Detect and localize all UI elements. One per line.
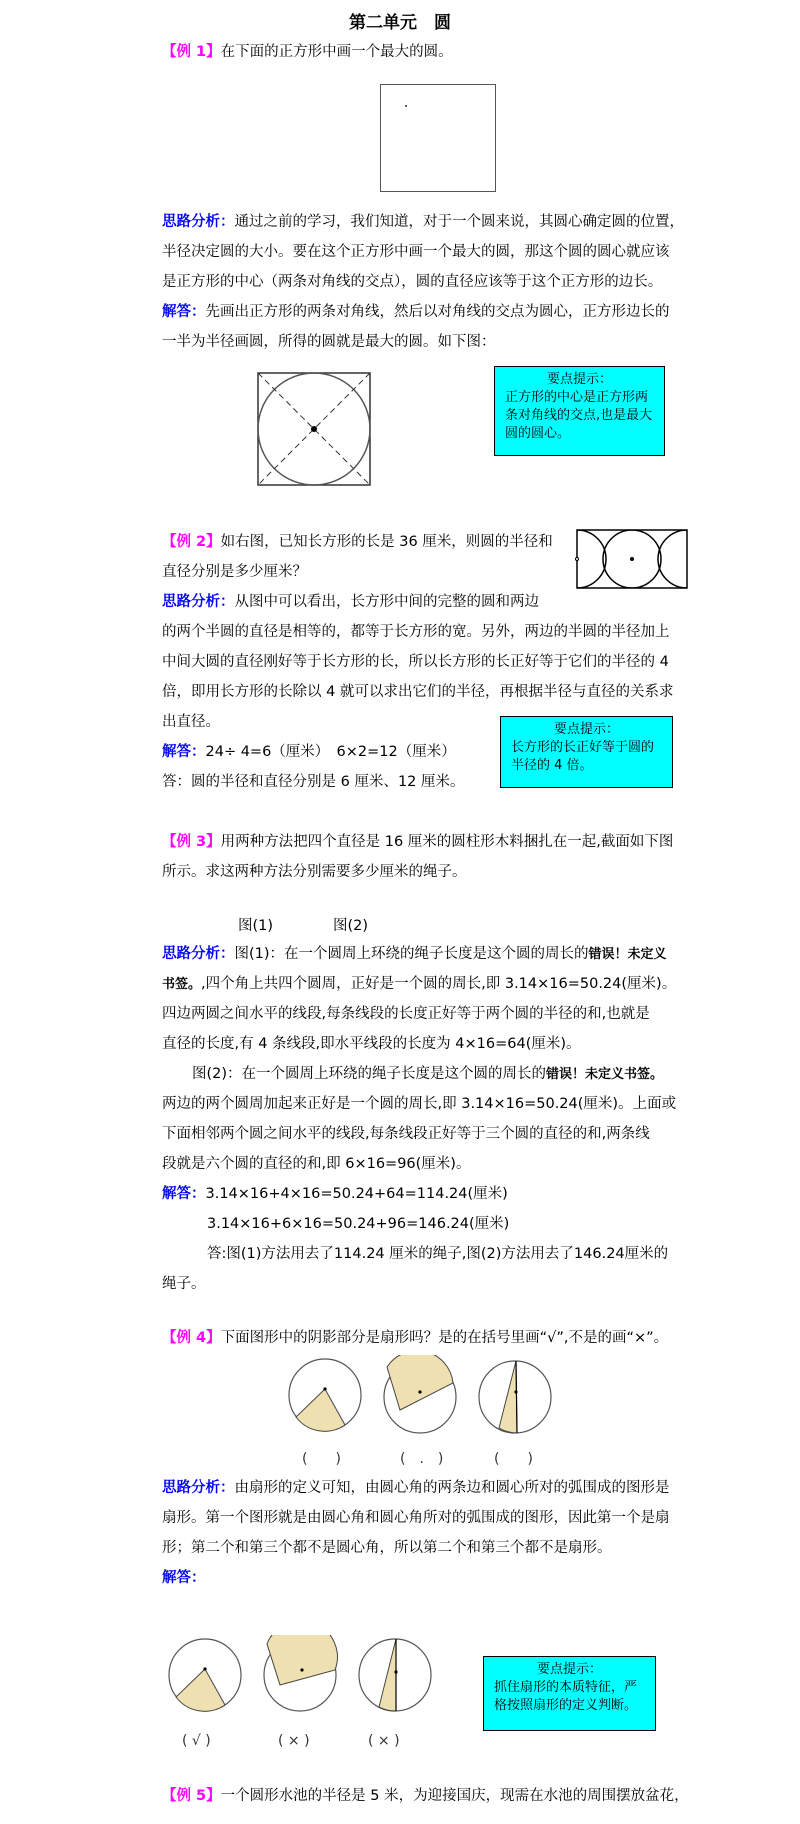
sector-figure-1: [289, 1359, 361, 1431]
ex3-answer-2: 3.14×16+6×16=50.24+96=146.24(厘米): [207, 1214, 509, 1234]
ex3-analysis-1: 思路分析：图(1)：在一个圆周上环绕的绳子长度是这个圆的周长的错误！未定义: [162, 944, 667, 965]
ex3-analysis-6: 两边的两个圆周加起来正好是一个圆的周长,即 3.14×16=50.24(厘米)。…: [162, 1094, 676, 1114]
ex3-question-2: 所示。求这两种方法分别需要多少厘米的绳子。: [162, 862, 467, 882]
ex3-answer-3: 答:图(1)方法用去了114.24 厘米的绳子,图(2)方法用去了146.24厘…: [207, 1244, 668, 1264]
dot-icon: [405, 105, 407, 107]
ex4-sector-figures: [285, 1355, 575, 1435]
ex4-answer-sector-figures: [165, 1635, 455, 1715]
ex3-answer-1: 解答：3.14×16+4×16=50.24+64=114.24(厘米): [162, 1184, 508, 1204]
page-title: 第二单元 圆: [0, 8, 800, 33]
ex2-tip-box: 要点提示： 长方形的长正好等于圆的 半径的 4 倍。: [500, 716, 673, 788]
ex2-analysis-5: 出直径。: [162, 712, 220, 732]
ex4-blank-paren-1: ( ): [302, 1448, 341, 1468]
ex2-question-2: 直径分别是多少厘米？: [162, 562, 307, 582]
ex1-tip-box: 要点提示： 正方形的中心是正方形两 条对角线的交点,也是最大 圆的圆心。: [494, 366, 665, 456]
ex2-answer: 解答：24÷ 4=6（厘米） 6×2=12（厘米）: [162, 742, 456, 762]
ex1-answer-1: 解答：先画出正方形的两条对角线，然后以对角线的交点为圆心，正方形边长的: [162, 302, 670, 322]
ex2-analysis-4: 倍，即用长方形的长除以 4 就可以求出它们的半径，再根据半径与直径的关系求: [162, 682, 673, 702]
ex3-analysis-2: 书签。,四个角上共四个圆周，正好是一个圆的周长,即 3.14×16=50.24(…: [162, 974, 676, 995]
ex1-square-figure: [380, 84, 496, 192]
ex3-fig1-label: 图(1): [238, 916, 273, 936]
ex4-answer-paren-1: ( √ ): [182, 1733, 211, 1749]
ex3-analysis-4: 直径的长度,有 4 条线段,即水平线段的长度为 4×16=64(厘米)。: [162, 1034, 581, 1054]
ex2-final-answer: 答：圆的半径和直径分别是 6 厘米、12 厘米。: [162, 772, 465, 792]
answer-sector-figure-2: [264, 1635, 337, 1711]
sector-figure-2: [384, 1355, 456, 1433]
ex3-analysis-8: 段就是六个圆的直径的和,即 6×16=96(厘米)。: [162, 1154, 470, 1174]
ex4-answer-label: 解答：: [162, 1568, 206, 1588]
ex4-analysis-2: 扇形。第一个图形就是由圆心角和圆心角所对的弧围成的图形，因此第一个是扇: [162, 1508, 670, 1528]
ex3-answer-4: 绳子。: [162, 1274, 206, 1294]
ex2-analysis-2: 的两个半圆的直径是相等的，都等于长方形的宽。另外，两边的半圆的半径加上: [162, 622, 670, 642]
ex3-fig2-label: 图(2): [333, 916, 368, 936]
ex1-question: 【例 1】在下面的正方形中画一个最大的圆。: [162, 42, 453, 62]
ex4-analysis-3: 形；第二个和第三个都不是圆心角，所以第二个和第三个都不是扇形。: [162, 1538, 612, 1558]
ex4-answer-paren-3: ( × ): [368, 1733, 400, 1749]
ex4-blank-paren-3: ( ): [494, 1448, 533, 1468]
ex3-question-1: 【例 3】用两种方法把四个直径是 16 厘米的圆柱形木料捆扎在一起,截面如下图: [162, 832, 673, 852]
sector-figure-3: [479, 1361, 551, 1433]
ex2-rectangle-circles-diagram: [573, 528, 691, 590]
ex3-analysis-7: 下面相邻两个圆之间水平的线段,每条线段正好等于三个圆的直径的和,两条线: [162, 1124, 650, 1144]
ex1-tag: 【例 1】: [162, 44, 221, 60]
ex2-question-1: 【例 2】如右图，已知长方形的长是 36 厘米，则圆的半径和: [162, 532, 553, 552]
ex1-circle-in-square-diagram: [255, 370, 375, 488]
ex3-analysis-5: 图(2)：在一个圆周上环绕的绳子长度是这个圆的周长的错误！未定义书签。: [192, 1064, 663, 1085]
ex4-blank-paren-2: ( . ): [400, 1448, 443, 1468]
ex5-question: 【例 5】一个圆形水池的半径是 5 米，为迎接国庆，现需在水池的周围摆放盆花，: [162, 1786, 689, 1806]
ex1-analysis-1: 思路分析：通过之前的学习，我们知道，对于一个圆来说，其圆心确定圆的位置，: [162, 212, 684, 232]
ex4-analysis-1: 思路分析：由扇形的定义可知，由圆心角的两条边和圆心所对的弧围成的图形是: [162, 1478, 670, 1498]
ex2-analysis-1: 思路分析：从图中可以看出，长方形中间的完整的圆和两边: [162, 592, 539, 612]
ex4-tip-box: 要点提示： 抓住扇形的本质特征，严 格按照扇形的定义判断。: [483, 1656, 656, 1731]
ex1-answer-2: 一半为半径画圆，所得的圆就是最大的圆。如下图：: [162, 332, 496, 352]
ex1-analysis-2: 半径决定圆的大小。要在这个正方形中画一个最大的圆，那这个圆的圆心就应该: [162, 242, 670, 262]
ex4-question: 【例 4】下面图形中的阴影部分是扇形吗？是的在括号里画“√”,不是的画“×”。: [162, 1328, 668, 1348]
ex3-analysis-3: 四边两圆之间水平的线段,每条线段的长度正好等于两个圆的半径的和,也就是: [162, 1004, 650, 1024]
ex2-analysis-3: 中间大圆的直径刚好等于长方形的长，所以长方形的长正好等于它们的半径的 4: [162, 652, 669, 672]
answer-sector-figure-3: [359, 1639, 431, 1711]
answer-sector-figure-1: [169, 1639, 241, 1711]
ex1-analysis-3: 是正方形的中心（两条对角线的交点），圆的直径应该等于这个正方形的边长。: [162, 272, 662, 292]
ex4-answer-paren-2: ( × ): [278, 1733, 310, 1749]
